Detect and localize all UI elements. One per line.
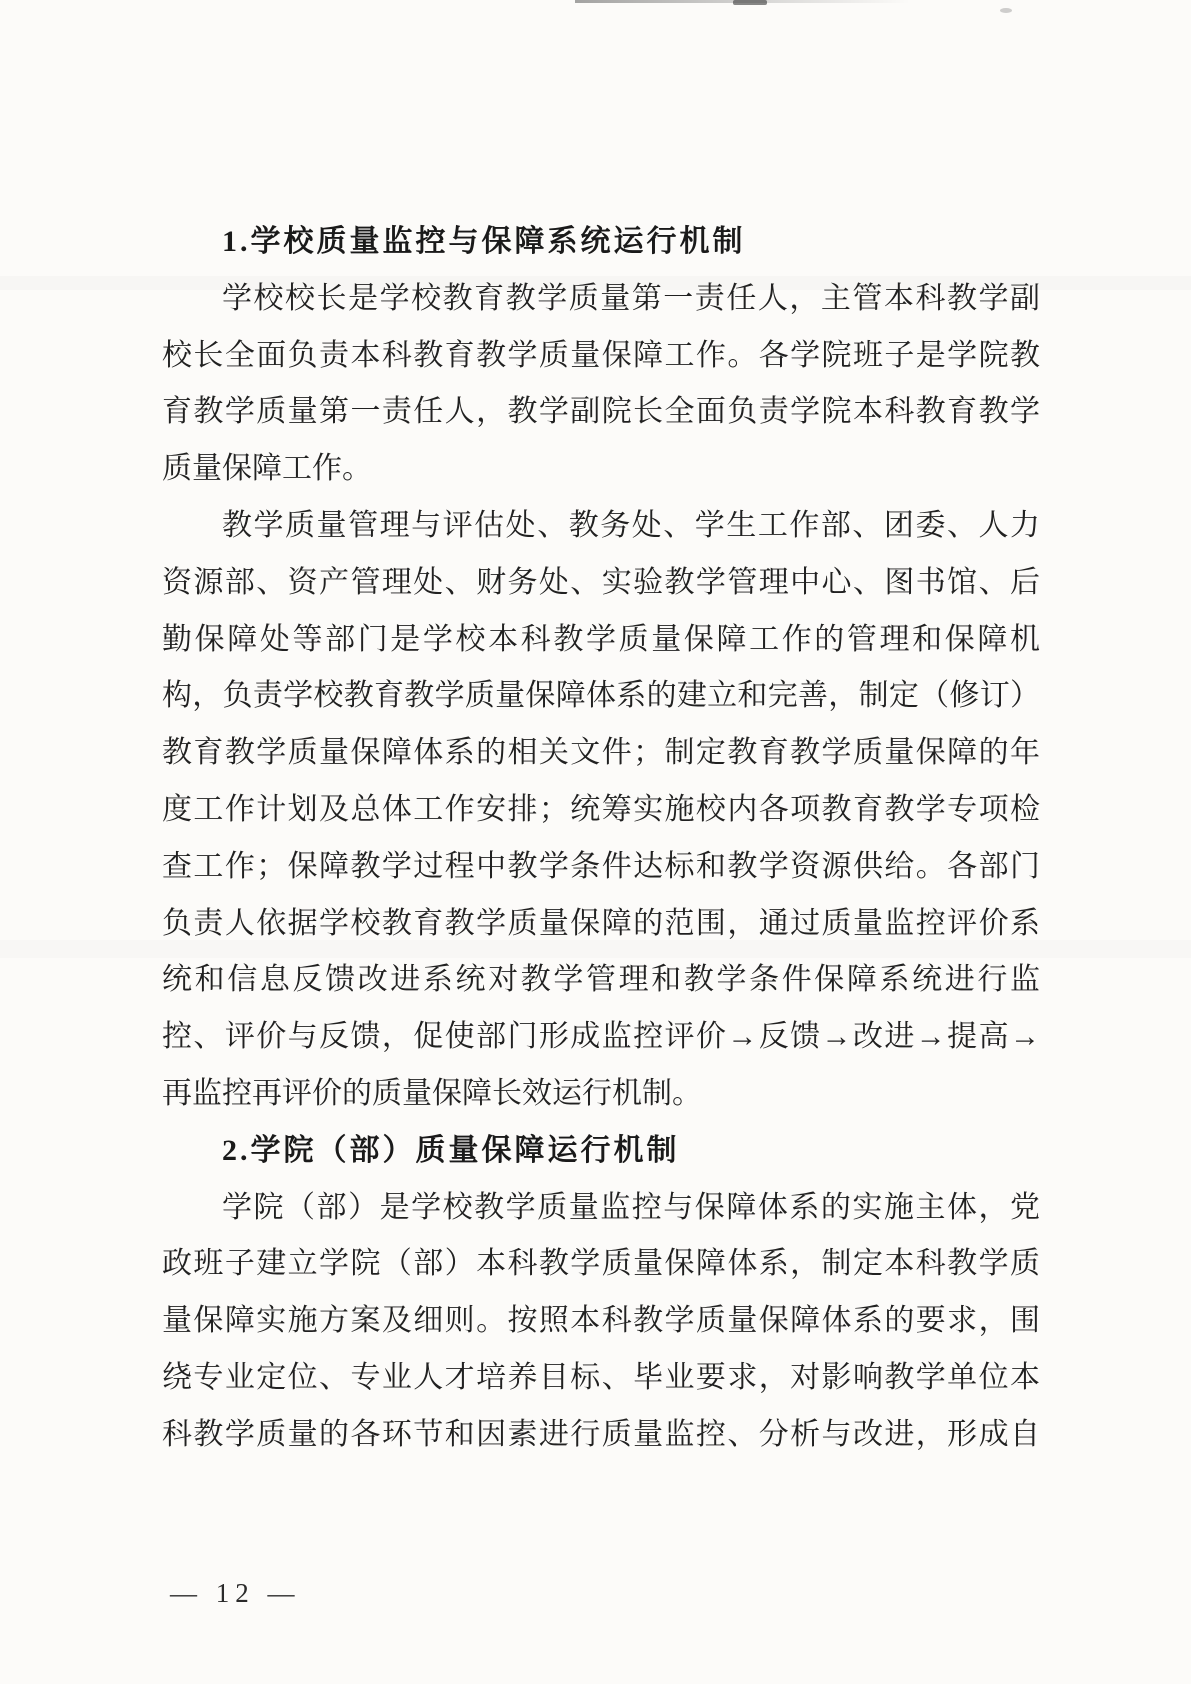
body-line: 量保障实施方案及细则。按照本科教学质量保障体系的要求，围 — [162, 1293, 1040, 1350]
body-line: 育教学质量第一责任人，教学副院长全面负责学院本科教育教学 — [162, 384, 1040, 441]
body-line: 控、评价与反馈，促使部门形成监控评价→反馈→改进→提高→ — [162, 1009, 1040, 1066]
body-line: 再监控再评价的质量保障长效运行机制。 — [162, 1066, 1040, 1123]
body-line: 学院（部）是学校教学质量监控与保障体系的实施主体，党 — [162, 1180, 1040, 1237]
body-line: 统和信息反馈改进系统对教学管理和教学条件保障系统进行监 — [162, 952, 1040, 1009]
body-line: 教育教学质量保障体系的相关文件；制定教育教学质量保障的年 — [162, 725, 1040, 782]
body-line: 教学质量管理与评估处、教务处、学生工作部、团委、人力 — [162, 498, 1040, 555]
page-number: — 12 — — [170, 1578, 301, 1608]
document-page: 1.学校质量监控与保障系统运行机制 学校校长是学校教育教学质量第一责任人，主管本… — [0, 0, 1191, 1684]
scan-artifact-speck — [1000, 8, 1012, 13]
body-line: 度工作计划及总体工作安排；统筹实施校内各项教育教学专项检 — [162, 782, 1040, 839]
section-1-heading: 1.学校质量监控与保障系统运行机制 — [162, 214, 1040, 271]
body-line: 构，负责学校教育教学质量保障体系的建立和完善，制定（修订） — [162, 668, 1040, 725]
body-line: 资源部、资产管理处、财务处、实验教学管理中心、图书馆、后 — [162, 555, 1040, 612]
section-2-heading: 2.学院（部）质量保障运行机制 — [162, 1123, 1040, 1180]
body-line: 绕专业定位、专业人才培养目标、毕业要求，对影响教学单位本 — [162, 1350, 1040, 1407]
body-line: 勤保障处等部门是学校本科教学质量保障工作的管理和保障机 — [162, 612, 1040, 669]
scan-artifact-top-streak — [575, 0, 910, 3]
body-line: 科教学质量的各环节和因素进行质量监控、分析与改进，形成自 — [162, 1407, 1040, 1464]
body-line: 查工作；保障教学过程中教学条件达标和教学资源供给。各部门 — [162, 839, 1040, 896]
document-body: 1.学校质量监控与保障系统运行机制 学校校长是学校教育教学质量第一责任人，主管本… — [162, 214, 1040, 1464]
body-line: 学校校长是学校教育教学质量第一责任人，主管本科教学副 — [162, 271, 1040, 328]
body-line: 政班子建立学院（部）本科教学质量保障体系，制定本科教学质 — [162, 1236, 1040, 1293]
scan-artifact-top-dash — [733, 0, 767, 5]
body-line: 校长全面负责本科教育教学质量保障工作。各学院班子是学院教 — [162, 328, 1040, 385]
body-line: 负责人依据学校教育教学质量保障的范围，通过质量监控评价系 — [162, 896, 1040, 953]
body-line: 质量保障工作。 — [162, 441, 1040, 498]
